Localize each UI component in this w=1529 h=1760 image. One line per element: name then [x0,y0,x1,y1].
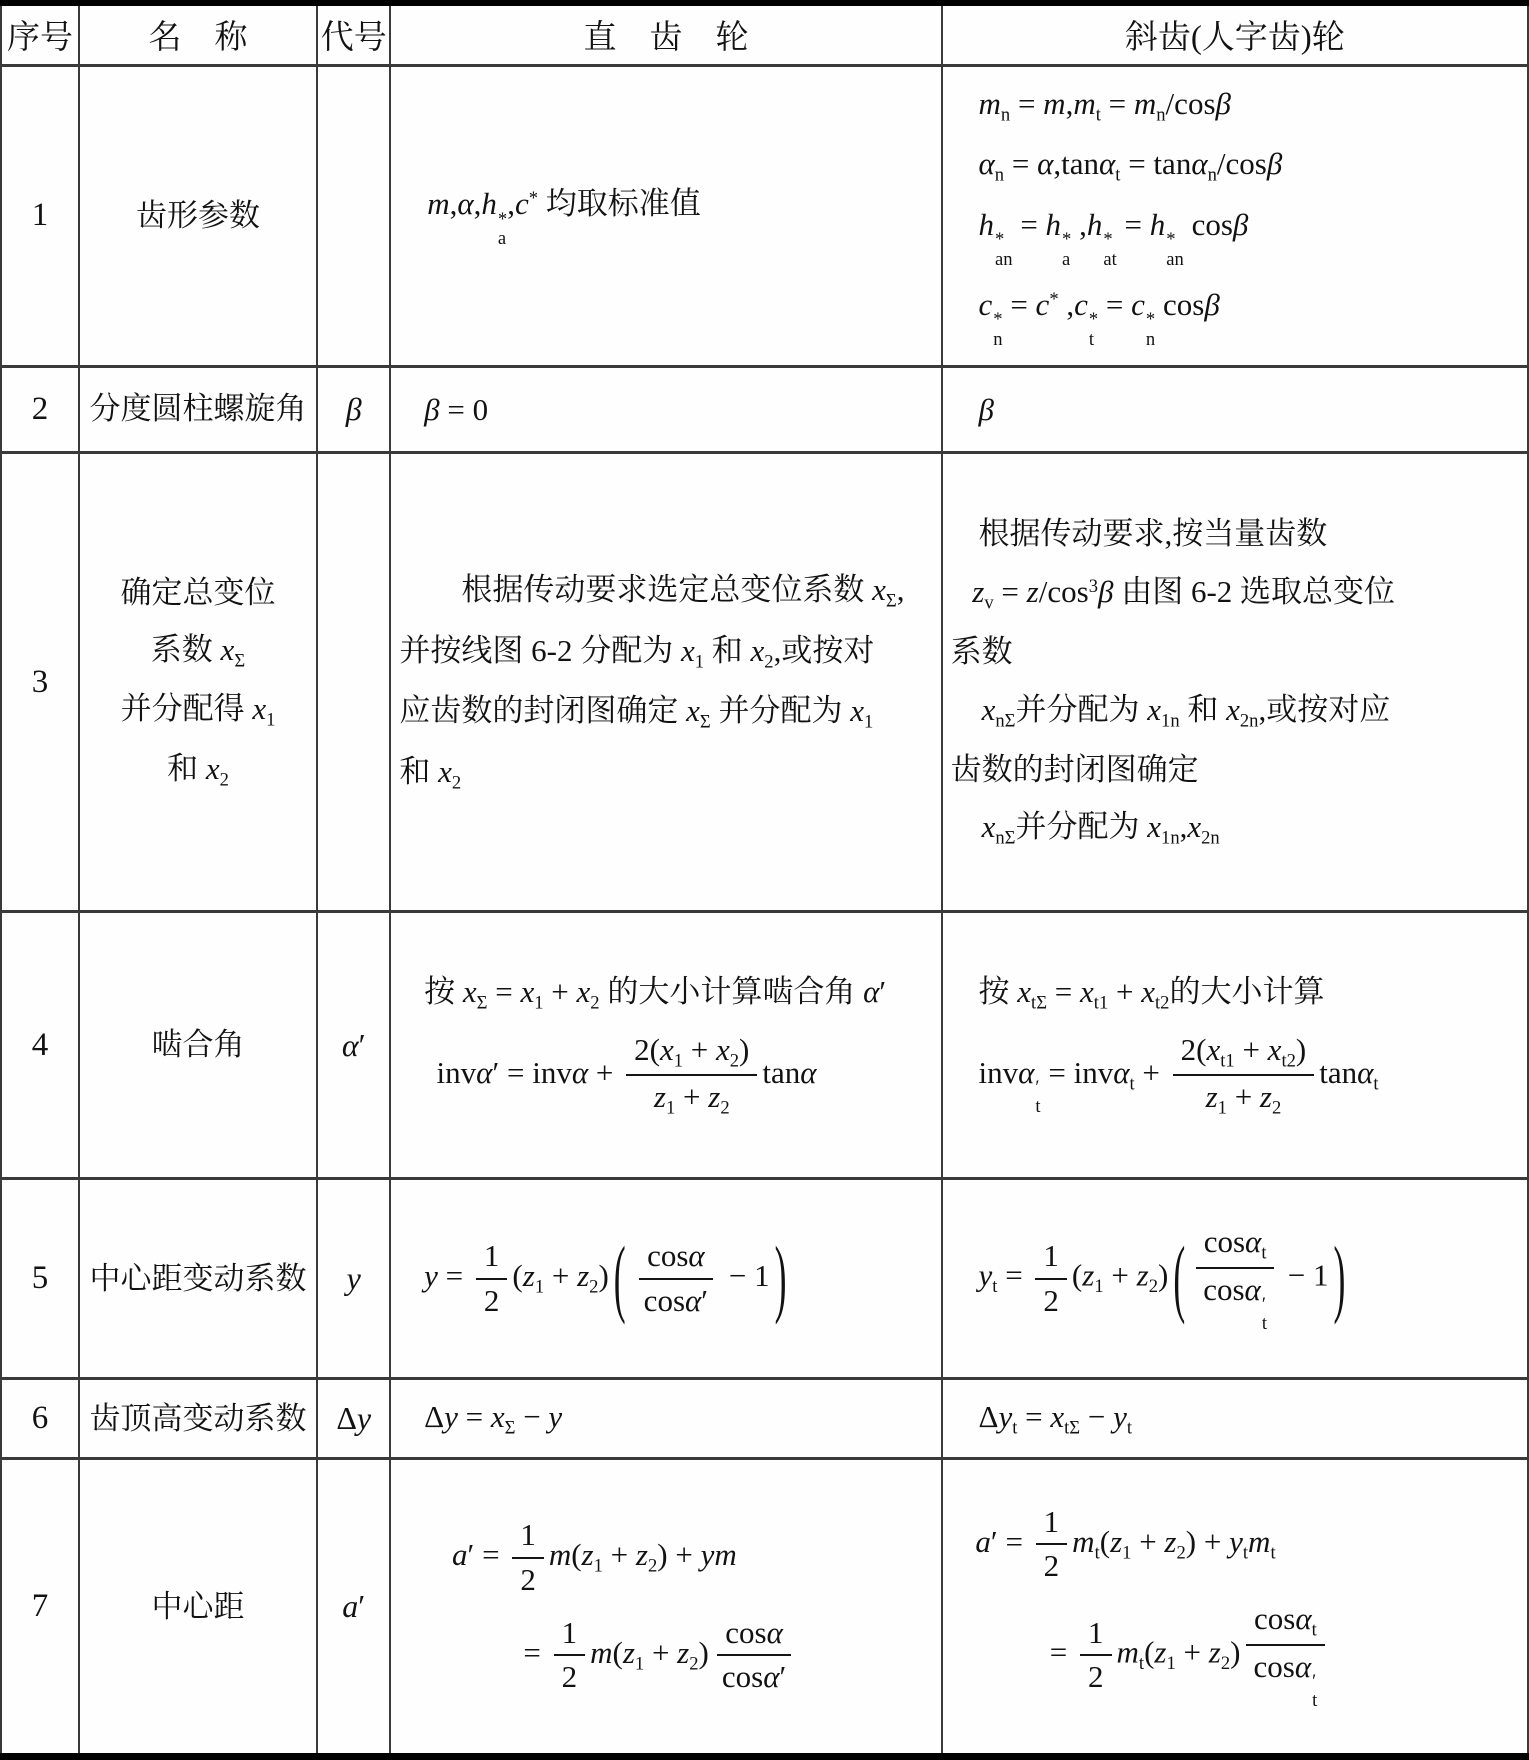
row-7-helical-cell: a′ = 12mt(z1 + z2) + ytmt= 12mt(z1 + z2)… [942,1459,1528,1757]
math-var: m [1073,86,1095,121]
stacked-superscript: * [993,310,1002,330]
row-6-helical-cell: Δyt = xtΣ − yt [942,1378,1528,1459]
math-subscript: Σ [505,1418,516,1439]
fraction-numerator: 1 [512,1516,544,1559]
math-subscript: 2 [689,1653,698,1674]
math-var: x [577,974,591,1009]
table-row: 7 中心距 a′ a′ = 12m(z1 + z2) + ym= 12m(z1 … [1,1459,1528,1757]
math-var: α [979,146,995,181]
math-var: α [457,186,473,221]
math-var: c [979,287,993,322]
stacked-superscript: ′ [1262,1295,1266,1315]
stacked-superscript: * [1146,310,1155,330]
math-var: m [427,186,449,221]
math-var: y [701,1537,715,1572]
math-subscript: t [1139,1653,1144,1674]
math-var: m [1117,1635,1139,1670]
math-var: z [577,1258,589,1293]
row-2-name: 分度圆柱螺旋角 [79,366,317,453]
math-var: α [1113,1054,1129,1089]
math-subscript: 1 [1122,1542,1131,1563]
math-subscript: 2 [720,1098,729,1119]
text-line: 中心距变动系数 [80,1258,316,1300]
math-subscript: t [1129,1073,1134,1094]
math-var: α [476,1054,492,1089]
row-2-number: 2 [1,366,79,453]
math-var: c [515,186,529,221]
fraction-denominator: cosα′t [1195,1269,1275,1334]
math-subscript: 1 [1094,1276,1103,1297]
math-var: x [463,974,477,1009]
math-var: z [636,1537,648,1572]
header-name: 名 称 [79,3,317,65]
math-var: c [1074,287,1088,322]
math-var: α [767,1615,783,1650]
fraction-numerator: 1 [554,1614,586,1657]
math-stacked-scripts: *t [1089,310,1098,349]
math-var: α [1245,1224,1261,1259]
math-stacked-scripts: ′t [1312,1672,1317,1711]
table-row: 1 齿形参数 m,α,h*a,c* 均取标准值 mn = m,mt = mn/c… [1,65,1528,366]
row-4-name: 啮合角 [79,912,317,1179]
fraction-numerator: cosα [639,1237,713,1280]
math-var: x [681,633,695,668]
math-var: a [452,1537,468,1572]
math-var: x [1147,809,1161,844]
text-line: a′ = 12mt(z1 + z2) + ytmt [951,1503,1523,1587]
fraction-numerator: 1 [1035,1237,1067,1280]
math-subscript: v [984,592,993,613]
fraction-denominator: cosα′ [714,1656,794,1697]
math-subscript: t [1115,165,1120,186]
text-line: = 12mt(z1 + z2)cosαtcosα′t [951,1600,1523,1711]
text-line: 并按线图 6-2 分配为 x1 和 x2,或按对 [399,629,936,676]
math-var: z [1137,1258,1149,1293]
math-var: α [800,1054,816,1089]
text-line: zv = z/cos3β 由图 6-2 选取总变位 [951,570,1523,617]
math-superscript: * [529,188,538,209]
math-var: z [1164,1523,1176,1558]
stacked-superscript: * [1103,230,1112,250]
table-row: 6 齿顶高变动系数 Δy Δy = xΣ − y Δyt = xtΣ − yt [1,1378,1528,1459]
math-stacked-scripts: *at [1103,230,1116,269]
math-subscript: t1 [1220,1050,1234,1071]
math-var: m [1072,1523,1094,1558]
text-line: 按 xtΣ = xt1 + xt2的大小计算 [951,970,1523,1017]
row-1-symbol [317,65,390,366]
math-var: α [1245,1272,1261,1307]
text-line: 啮合角 [80,1024,316,1066]
math-subscript: 1 [1218,1098,1227,1119]
math-var: β [1216,86,1231,121]
math-subscript: n [995,165,1004,186]
math-subscript: 1 [1167,1653,1176,1674]
math-var: z [708,1079,720,1114]
math-var: z [582,1537,594,1572]
math-var: x [850,693,864,728]
math-subscript: 2 [1272,1098,1281,1119]
math-var: x [1206,1032,1220,1067]
fraction-denominator: z1 + z2 [1198,1076,1290,1120]
stacked-superscript: ′ [1312,1672,1316,1692]
fraction-numerator: cosα [717,1614,791,1657]
row-3-number: 3 [1,453,79,912]
math-var: x [221,632,235,667]
text-line: 系数 [951,630,1523,673]
text-line: 和 x2 [399,750,936,797]
math-subscript: 1 [674,1050,683,1071]
math-var: m [1134,86,1156,121]
stacked-subscript: t [1262,1314,1267,1334]
row-7-name: 中心距 [79,1459,317,1757]
math-var: α [1295,1649,1311,1684]
math-var: x [1268,1032,1282,1067]
math-subscript: 2n [1201,828,1220,849]
math-subscript: 1 [535,1276,544,1297]
math-var: β [1098,574,1113,609]
row-4-helical-cell: 按 xtΣ = xt1 + xt2的大小计算invα′t = invαt + 2… [942,912,1528,1179]
text-line: mn = m,mt = mn/cosβ [951,82,1523,129]
row-3-symbol [317,453,390,912]
big-paren: ( [614,1217,626,1339]
math-subscript: 1 [695,651,704,672]
math-stacked-scripts: *a [498,210,507,249]
math-var: β [1233,207,1248,242]
stacked-subscript: at [1103,250,1116,270]
math-var: z [1027,574,1039,609]
text-line: y = 12(z1 + z2)(cosαcosα′ − 1) [399,1237,936,1321]
math-var: α [1357,1054,1373,1089]
math-fraction: cosαcosα′ [636,1237,716,1321]
text-line: m,α,h*a,c* 均取标准值 [399,182,936,248]
math-stacked-scripts: *a [1062,230,1071,269]
text-line: a′ = 12m(z1 + z2) + ym [399,1516,936,1600]
row-4-spur-cell: 按 xΣ = x1 + x2 的大小计算啮合角 α′invα′ = invα +… [390,912,941,1179]
text-line: xnΣ并分配为 x1n,x2n [951,805,1523,852]
fraction-numerator: cosαt [1246,1600,1325,1646]
math-var: m [1043,86,1065,121]
math-fraction: 12 [512,1516,544,1600]
text-line: 按 xΣ = x1 + x2 的大小计算啮合角 α′ [399,970,936,1017]
row-1-name: 齿形参数 [79,65,317,366]
math-var: β [1267,146,1282,181]
math-var: x [872,572,886,607]
math-subscript: 2 [590,993,599,1014]
math-var: x [1226,692,1240,727]
stacked-subscript: an [1166,250,1184,270]
math-var: y [979,1258,993,1293]
math-var: x [438,754,452,789]
math-subscript: n [1001,104,1010,125]
big-paren: ) [1333,1217,1345,1339]
math-var: α [1191,146,1207,181]
stacked-superscript: * [498,210,507,230]
math-subscript: nΣ [995,710,1015,731]
math-subscript: Σ [700,712,711,733]
math-var: z [677,1635,689,1670]
text-line: 应齿数的封闭图确定 xΣ 并分配为 x1 [399,689,936,736]
math-var: m [714,1537,736,1572]
text-line: 根据传动要求,按当量齿数 [951,512,1523,555]
text-line: 齿顶高变动系数 [80,1398,316,1440]
math-subscript: t [1270,1542,1275,1563]
math-var: z [1154,1635,1166,1670]
math-var: x [252,691,266,726]
math-var: y [998,1399,1012,1434]
math-subscript: t2 [1281,1050,1295,1071]
math-var: m [549,1537,571,1572]
math-fraction: cosαtcosα′t [1195,1223,1275,1334]
math-var: z [972,574,984,609]
math-var: α [685,1283,701,1318]
math-var: x [1080,974,1094,1009]
math-subscript: tΣ [1031,993,1047,1014]
fraction-numerator: 1 [476,1237,508,1280]
math-stacked-scripts: *n [1146,310,1155,349]
row-2-symbol: β [317,366,390,453]
stacked-subscript: t [1312,1691,1317,1711]
math-subscript: 1 [666,1098,675,1119]
row-5-spur-cell: y = 12(z1 + z2)(cosαcosα′ − 1) [390,1179,941,1379]
math-subscript: 2 [648,1556,657,1577]
math-var: h [481,186,497,221]
text-line: Δy = xΣ − y [399,1395,936,1442]
math-var: c [1036,287,1050,322]
math-var: x [491,1399,505,1434]
math-subscript: 1 [864,712,873,733]
text-line: = 12m(z1 + z2)cosαcosα′ [399,1614,936,1698]
gear-parameters-table: 序号 名 称 代号 直 齿 轮 斜齿(人字齿)轮 1 齿形参数 m,α,h*a,… [0,0,1529,1760]
fraction-denominator: 2 [476,1280,508,1321]
math-subscript: 1n [1161,828,1180,849]
text-line: 中心距 [80,1586,316,1628]
math-subscript: 2 [1149,1276,1158,1297]
math-subscript: t [1012,1418,1017,1439]
math-var: α [1037,146,1053,181]
table-row: 3 确定总变位系数 xΣ并分配得 x1和 x2 根据传动要求选定总变位系数 xΣ… [1,453,1528,912]
math-var: α [1099,146,1115,181]
fraction-denominator: cosα′t [1245,1646,1325,1711]
math-var: z [1206,1079,1218,1114]
math-var: h [1150,207,1166,242]
text-line: h*an = h*a ,h*at = h*an cosβ [951,203,1523,269]
math-var: x [751,633,765,668]
math-var: m [590,1635,612,1670]
math-fraction: 12 [1080,1614,1112,1698]
row-6-number: 6 [1,1378,79,1459]
math-var: z [623,1635,635,1670]
text-line: 系数 xΣ [80,629,316,674]
math-var: y [444,1399,458,1434]
math-var: x [206,751,220,786]
math-subscript: t2 [1155,993,1169,1014]
math-var: h [1087,207,1103,242]
fraction-numerator: 2(xt1 + xt2) [1173,1031,1315,1077]
math-var: x [520,974,534,1009]
math-var: y [347,1260,361,1296]
fraction-denominator: 2 [512,1559,544,1600]
math-var: c [1131,287,1145,322]
math-var: α [1018,1054,1034,1089]
math-var: β [1204,287,1219,322]
math-var: z [1110,1523,1122,1558]
math-subscript: 2 [1177,1542,1186,1563]
math-stacked-scripts: ′t [1035,1078,1040,1117]
math-var: x [1141,974,1155,1009]
stacked-subscript: a [498,229,506,249]
row-7-symbol: a′ [317,1459,390,1757]
math-fraction: 2(xt1 + xt2)z1 + z2 [1173,1031,1315,1120]
math-var: z [523,1258,535,1293]
row-7-number: 7 [1,1459,79,1757]
row-3-spur-cell: 根据传动要求选定总变位系数 xΣ,并按线图 6-2 分配为 x1 和 x2,或按… [390,453,941,912]
header-symbol: 代号 [317,3,390,65]
row-1-helical-cell: mn = m,mt = mn/cosβαn = α,tanαt = tanαn/… [942,65,1528,366]
math-subscript: t [1261,1243,1266,1264]
text-line: Δyt = xtΣ − yt [951,1395,1523,1442]
text-line: αn = α,tanαt = tanαn/cosβ [951,142,1523,189]
row-5-number: 5 [1,1179,79,1379]
stacked-subscript: n [993,330,1002,350]
stacked-superscript: * [995,230,1004,250]
text-line: 根据传动要求选定总变位系数 xΣ, [399,568,936,615]
math-subscript: 2 [589,1276,598,1297]
math-fraction: cosαtcosα′t [1245,1600,1325,1711]
math-subscript: t [992,1276,997,1297]
math-var: m [1248,1523,1270,1558]
fraction-denominator: z1 + z2 [646,1076,738,1120]
row-3-helical-cell: 根据传动要求,按当量齿数zv = z/cos3β 由图 6-2 选取总变位系数x… [942,453,1528,912]
header-spur-gear: 直 齿 轮 [390,3,941,65]
math-fraction: 12 [1036,1503,1068,1587]
math-subscript: nΣ [995,828,1015,849]
row-4-number: 4 [1,912,79,1179]
stacked-subscript: an [995,250,1013,270]
text-line: β = 0 [399,388,936,431]
fraction-numerator: 1 [1080,1614,1112,1657]
math-var: β [979,392,994,427]
stacked-subscript: t [1035,1097,1040,1117]
text-line: 齿数的封闭图确定 [951,748,1523,791]
math-subscript: t1 [1094,993,1108,1014]
math-var: h [1046,207,1062,242]
fraction-numerator: 1 [1036,1503,1068,1546]
math-var: x [982,809,996,844]
math-var: y [548,1399,562,1434]
fraction-denominator: 2 [1035,1280,1067,1321]
math-fraction: 12 [1035,1237,1067,1321]
row-2-helical-cell: β [942,366,1528,453]
table-row: 5 中心距变动系数 y y = 12(z1 + z2)(cosαcosα′ − … [1,1179,1528,1379]
math-var: z [1082,1258,1094,1293]
math-subscript: 1 [266,710,275,731]
stacked-superscript: * [1089,310,1098,330]
math-var: x [1017,974,1031,1009]
text-line: yt = 12(z1 + z2)(cosαtcosα′t − 1) [951,1223,1523,1334]
math-superscript: 3 [1089,575,1098,596]
math-subscript: 2 [1221,1653,1230,1674]
row-1-number: 1 [1,65,79,366]
row-3-name: 确定总变位系数 xΣ并分配得 x1和 x2 [79,453,317,912]
row-6-symbol: Δy [317,1378,390,1459]
math-subscript: n [1156,104,1165,125]
math-var: x [716,1032,730,1067]
math-subscript: 2 [764,651,773,672]
math-var: x [982,692,996,727]
text-line: 分度圆柱螺旋角 [80,388,316,430]
fraction-numerator: cosαt [1196,1223,1275,1269]
math-stacked-scripts: *an [995,230,1013,269]
scanned-gear-parameter-table-page: 序号 名 称 代号 直 齿 轮 斜齿(人字齿)轮 1 齿形参数 m,α,h*a,… [0,0,1529,1760]
math-fraction: 12 [476,1237,508,1321]
math-stacked-scripts: ′t [1262,1295,1267,1334]
big-paren: ) [775,1217,787,1339]
math-var: x [1187,809,1201,844]
row-6-name: 齿顶高变动系数 [79,1378,317,1459]
row-4-symbol: α′ [317,912,390,1179]
math-var: y [357,1400,371,1436]
stacked-superscript: * [1166,230,1175,250]
math-var: x [660,1032,674,1067]
header-helical-gear: 斜齿(人字齿)轮 [942,3,1528,65]
text-line: xnΣ并分配为 x1n 和 x2n,或按对应 [951,688,1523,735]
text-line: 并分配得 x1 [80,688,316,733]
math-var: a [342,1588,358,1624]
fraction-denominator: 2 [1080,1656,1112,1697]
math-var: a [975,1523,991,1558]
math-var: x [1050,1399,1064,1434]
math-subscript: 2 [730,1050,739,1071]
math-subscript: 2 [220,769,229,790]
math-subscript: 1n [1161,710,1180,731]
math-var: β [346,391,362,427]
math-var: z [1260,1079,1272,1114]
math-var: α [688,1238,704,1273]
math-var: α [863,974,879,1009]
math-var: y [1229,1523,1243,1558]
math-subscript: tΣ [1064,1418,1080,1439]
math-subscript: n [1208,165,1217,186]
row-2-spur-cell: β = 0 [390,366,941,453]
table-header-row: 序号 名 称 代号 直 齿 轮 斜齿(人字齿)轮 [1,3,1528,65]
math-superscript: * [1049,289,1058,310]
math-var: α [342,1027,359,1063]
row-1-spur-cell: m,α,h*a,c* 均取标准值 [390,65,941,366]
math-subscript: 1 [594,1556,603,1577]
row-7-spur-cell: a′ = 12m(z1 + z2) + ym= 12m(z1 + z2)cosα… [390,1459,941,1757]
fraction-denominator: cosα′ [636,1280,716,1321]
table-row: 2 分度圆柱螺旋角 β β = 0 β [1,366,1528,453]
math-var: m [979,86,1001,121]
text-line: c*n = c* ,c*t = c*n cosβ [951,283,1523,349]
text-line: 确定总变位 [80,572,316,614]
text-line: invα′ = invα + 2(x1 + x2)z1 + z2tanα [399,1031,936,1120]
math-fraction: 2(x1 + x2)z1 + z2 [626,1031,757,1120]
row-5-helical-cell: yt = 12(z1 + z2)(cosαtcosα′t − 1) [942,1179,1528,1379]
text-line: 齿形参数 [80,195,316,237]
header-number: 序号 [1,3,79,65]
math-fraction: 12 [554,1614,586,1698]
math-subscript: 2 [452,772,461,793]
math-var: α [763,1659,779,1694]
math-subscript: 2n [1240,710,1259,731]
math-subscript: 1 [534,993,543,1014]
stacked-superscript: * [1062,230,1071,250]
fraction-denominator: 2 [554,1656,586,1697]
table-row: 4 啮合角 α′ 按 xΣ = x1 + x2 的大小计算啮合角 α′invα′… [1,912,1528,1179]
stacked-superscript: ′ [1035,1078,1039,1098]
row-6-spur-cell: Δy = xΣ − y [390,1378,941,1459]
